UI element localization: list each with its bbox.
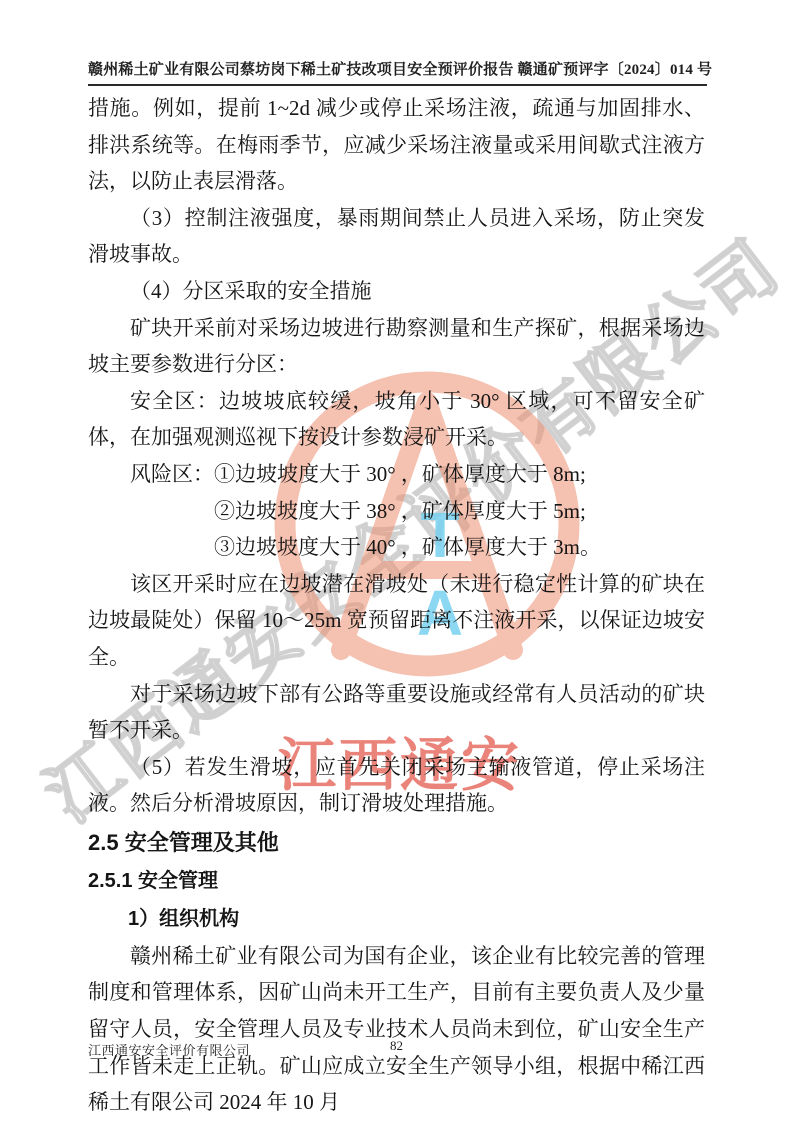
section-heading-2-5-1: 2.5.1 安全管理 (88, 862, 705, 900)
page-header-title: 赣州稀土矿业有限公司蔡坊岗下稀土矿技改项目安全预评价报告 赣通矿预评字〔2024… (88, 62, 712, 78)
paragraph: 对于采场边坡下部有公路等重要设施或经常有人员活动的矿块暂不开采。 (88, 676, 705, 749)
paragraph: 矿块开采前对采场边坡进行勘察测量和生产探矿，根据采场边坡主要参数进行分区： (88, 310, 705, 383)
paragraph: （5）若发生滑坡，应首先关闭采场主输液管道，停止采场注液。然后分析滑坡原因，制订… (88, 749, 705, 822)
paragraph: 风险区：①边坡坡度大于 30° ，矿体厚度大于 8m; (88, 456, 705, 493)
paragraph: 赣州稀土矿业有限公司为国有企业，该企业有比较完善的管理制度和管理体系，因矿山尚未… (88, 938, 705, 1121)
paragraph: ③边坡坡度大于 40° ，矿体厚度大于 3m。 (88, 529, 705, 566)
section-heading-2-5: 2.5 安全管理及其他 (88, 824, 705, 862)
page-body: 措施。例如，提前 1~2d 减少或停止采场注液，疏通与加固排水、排洪系统等。在梅… (88, 90, 705, 1121)
paragraph: 该区开采时应在边坡潜在滑坡处（未进行稳定性计算的矿块在边坡最陡处）保留 10～2… (88, 566, 705, 676)
report-page: 江西通安安全评价有限公司 T A 江西通安 赣州稀土矿业有限公司蔡坊岗下稀土矿技… (0, 0, 793, 1122)
paragraph: （4）分区采取的安全措施 (88, 273, 705, 310)
paragraph: ②边坡坡度大于 38° ，矿体厚度大于 5m; (88, 493, 705, 530)
paragraph: 措施。例如，提前 1~2d 减少或停止采场注液，疏通与加固排水、排洪系统等。在梅… (88, 90, 705, 200)
paragraph: （3）控制注液强度，暴雨期间禁止人员进入采场，防止突发滑坡事故。 (88, 200, 705, 273)
page-header: 赣州稀土矿业有限公司蔡坊岗下稀土矿技改项目安全预评价报告 赣通矿预评字〔2024… (88, 58, 707, 86)
paragraph: 安全区：边坡坡底较缓，坡角小于 30° 区域，可不留安全矿体，在加强观测巡视下按… (88, 383, 705, 456)
page-number: 82 (0, 1038, 793, 1054)
subheading-organization: 1）组织机构 (88, 900, 705, 938)
